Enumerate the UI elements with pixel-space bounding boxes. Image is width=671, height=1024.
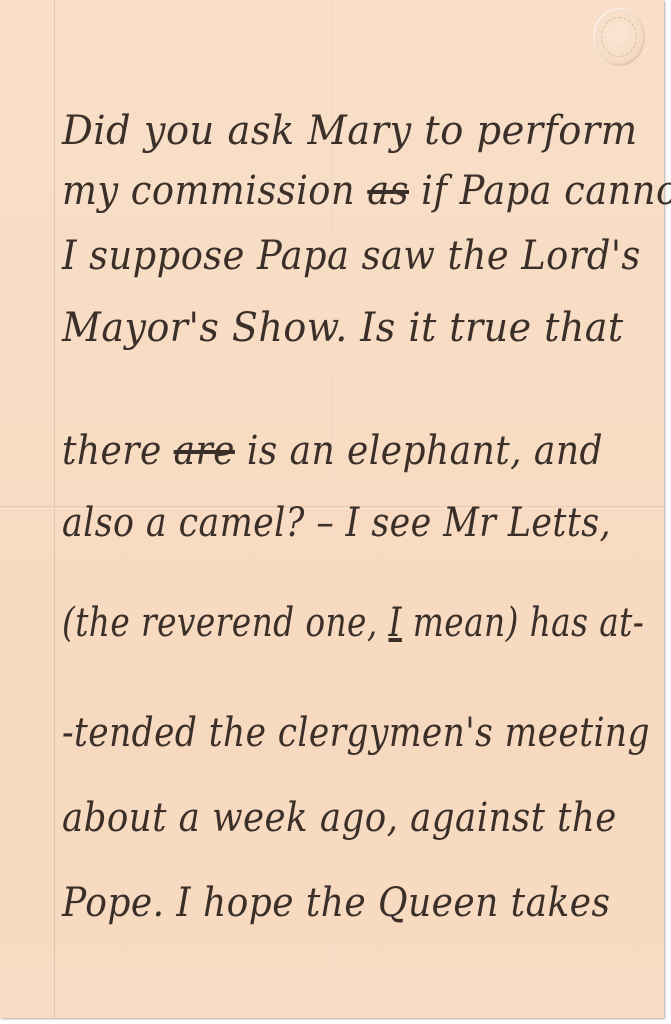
underlined-word: I — [389, 600, 402, 646]
line-text: Did you ask Mary to perform — [62, 108, 638, 154]
line-text: there — [62, 428, 174, 474]
letter-line-3: I suppose Papa saw the Lord's — [62, 233, 641, 279]
line-text: I suppose Papa saw the Lord's — [62, 233, 641, 279]
embossed-seal-icon — [593, 8, 645, 66]
line-text: Mayor's Show. Is it true that — [62, 305, 624, 351]
line-text: my commission — [62, 168, 367, 214]
letter-line-6: also a camel? – I see Mr Letts, — [62, 500, 611, 546]
line-text: Pope. I hope the Queen takes — [62, 880, 610, 926]
letter-page: Did you ask Mary to perform my commissio… — [0, 0, 664, 1018]
struck-word: as — [367, 168, 409, 214]
letter-line-5: there are is an elephant, and — [62, 428, 603, 474]
line-text: (the reverend one, — [62, 600, 389, 646]
line-text: if Papa cannot. — [409, 168, 671, 214]
line-text: -tended the clergymen's meeting — [62, 710, 650, 756]
margin-rule — [54, 0, 55, 1018]
line-text: is an elephant, and — [235, 428, 603, 474]
struck-word: are — [174, 428, 235, 474]
letter-line-10: Pope. I hope the Queen takes — [62, 880, 610, 926]
letter-line-4: Mayor's Show. Is it true that — [62, 305, 624, 351]
line-text: about a week ago, against the — [62, 795, 617, 841]
line-text: also a camel? – I see Mr Letts, — [62, 500, 611, 546]
letter-line-1: Did you ask Mary to perform — [62, 108, 638, 154]
line-text: mean) has at- — [402, 600, 644, 646]
letter-line-9: about a week ago, against the — [62, 795, 617, 841]
letter-line-7: (the reverend one, I mean) has at- — [62, 600, 644, 646]
letter-line-2: my commission as if Papa cannot. — [62, 168, 671, 214]
letter-line-8: -tended the clergymen's meeting — [62, 710, 650, 756]
